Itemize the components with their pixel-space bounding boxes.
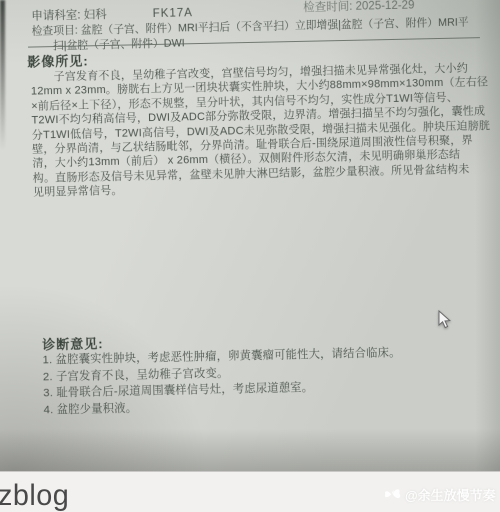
butterfly-logo-icon <box>381 483 403 505</box>
watermark: @余生放慢节奏 <box>381 482 496 506</box>
exam-code: FK17A <box>153 7 193 20</box>
watermark-text: @余生放慢节奏 <box>405 485 496 504</box>
report-photo: 检查时间: 2025-12-29 申请科室: 妇科FK17A 检查项目: 盆腔（… <box>0 0 500 471</box>
site-label: zblog <box>0 479 69 512</box>
department-field: 申请科室: 妇科 <box>31 9 107 23</box>
findings-heading: 影像所见: <box>27 50 89 70</box>
findings-paragraph: 子宫发育不良，呈幼稚子宫改变，宫壁信号均匀，增强扫描未见异常强化灶，大小约12m… <box>30 61 491 200</box>
report-document: 检查时间: 2025-12-29 申请科室: 妇科FK17A 检查项目: 盆腔（… <box>0 0 500 471</box>
arrow-cursor-icon <box>438 310 452 330</box>
check-time-field: 检查时间: 2025-12-29 <box>303 0 415 15</box>
diagnosis-list: 1. 盆腔囊实性肿块，考虑恶性肿瘤，卵黄囊瘤可能性大，请结合临床。2. 子宫发育… <box>42 345 401 419</box>
screenshot-root: 检查时间: 2025-12-29 申请科室: 妇科FK17A 检查项目: 盆腔（… <box>0 0 500 512</box>
